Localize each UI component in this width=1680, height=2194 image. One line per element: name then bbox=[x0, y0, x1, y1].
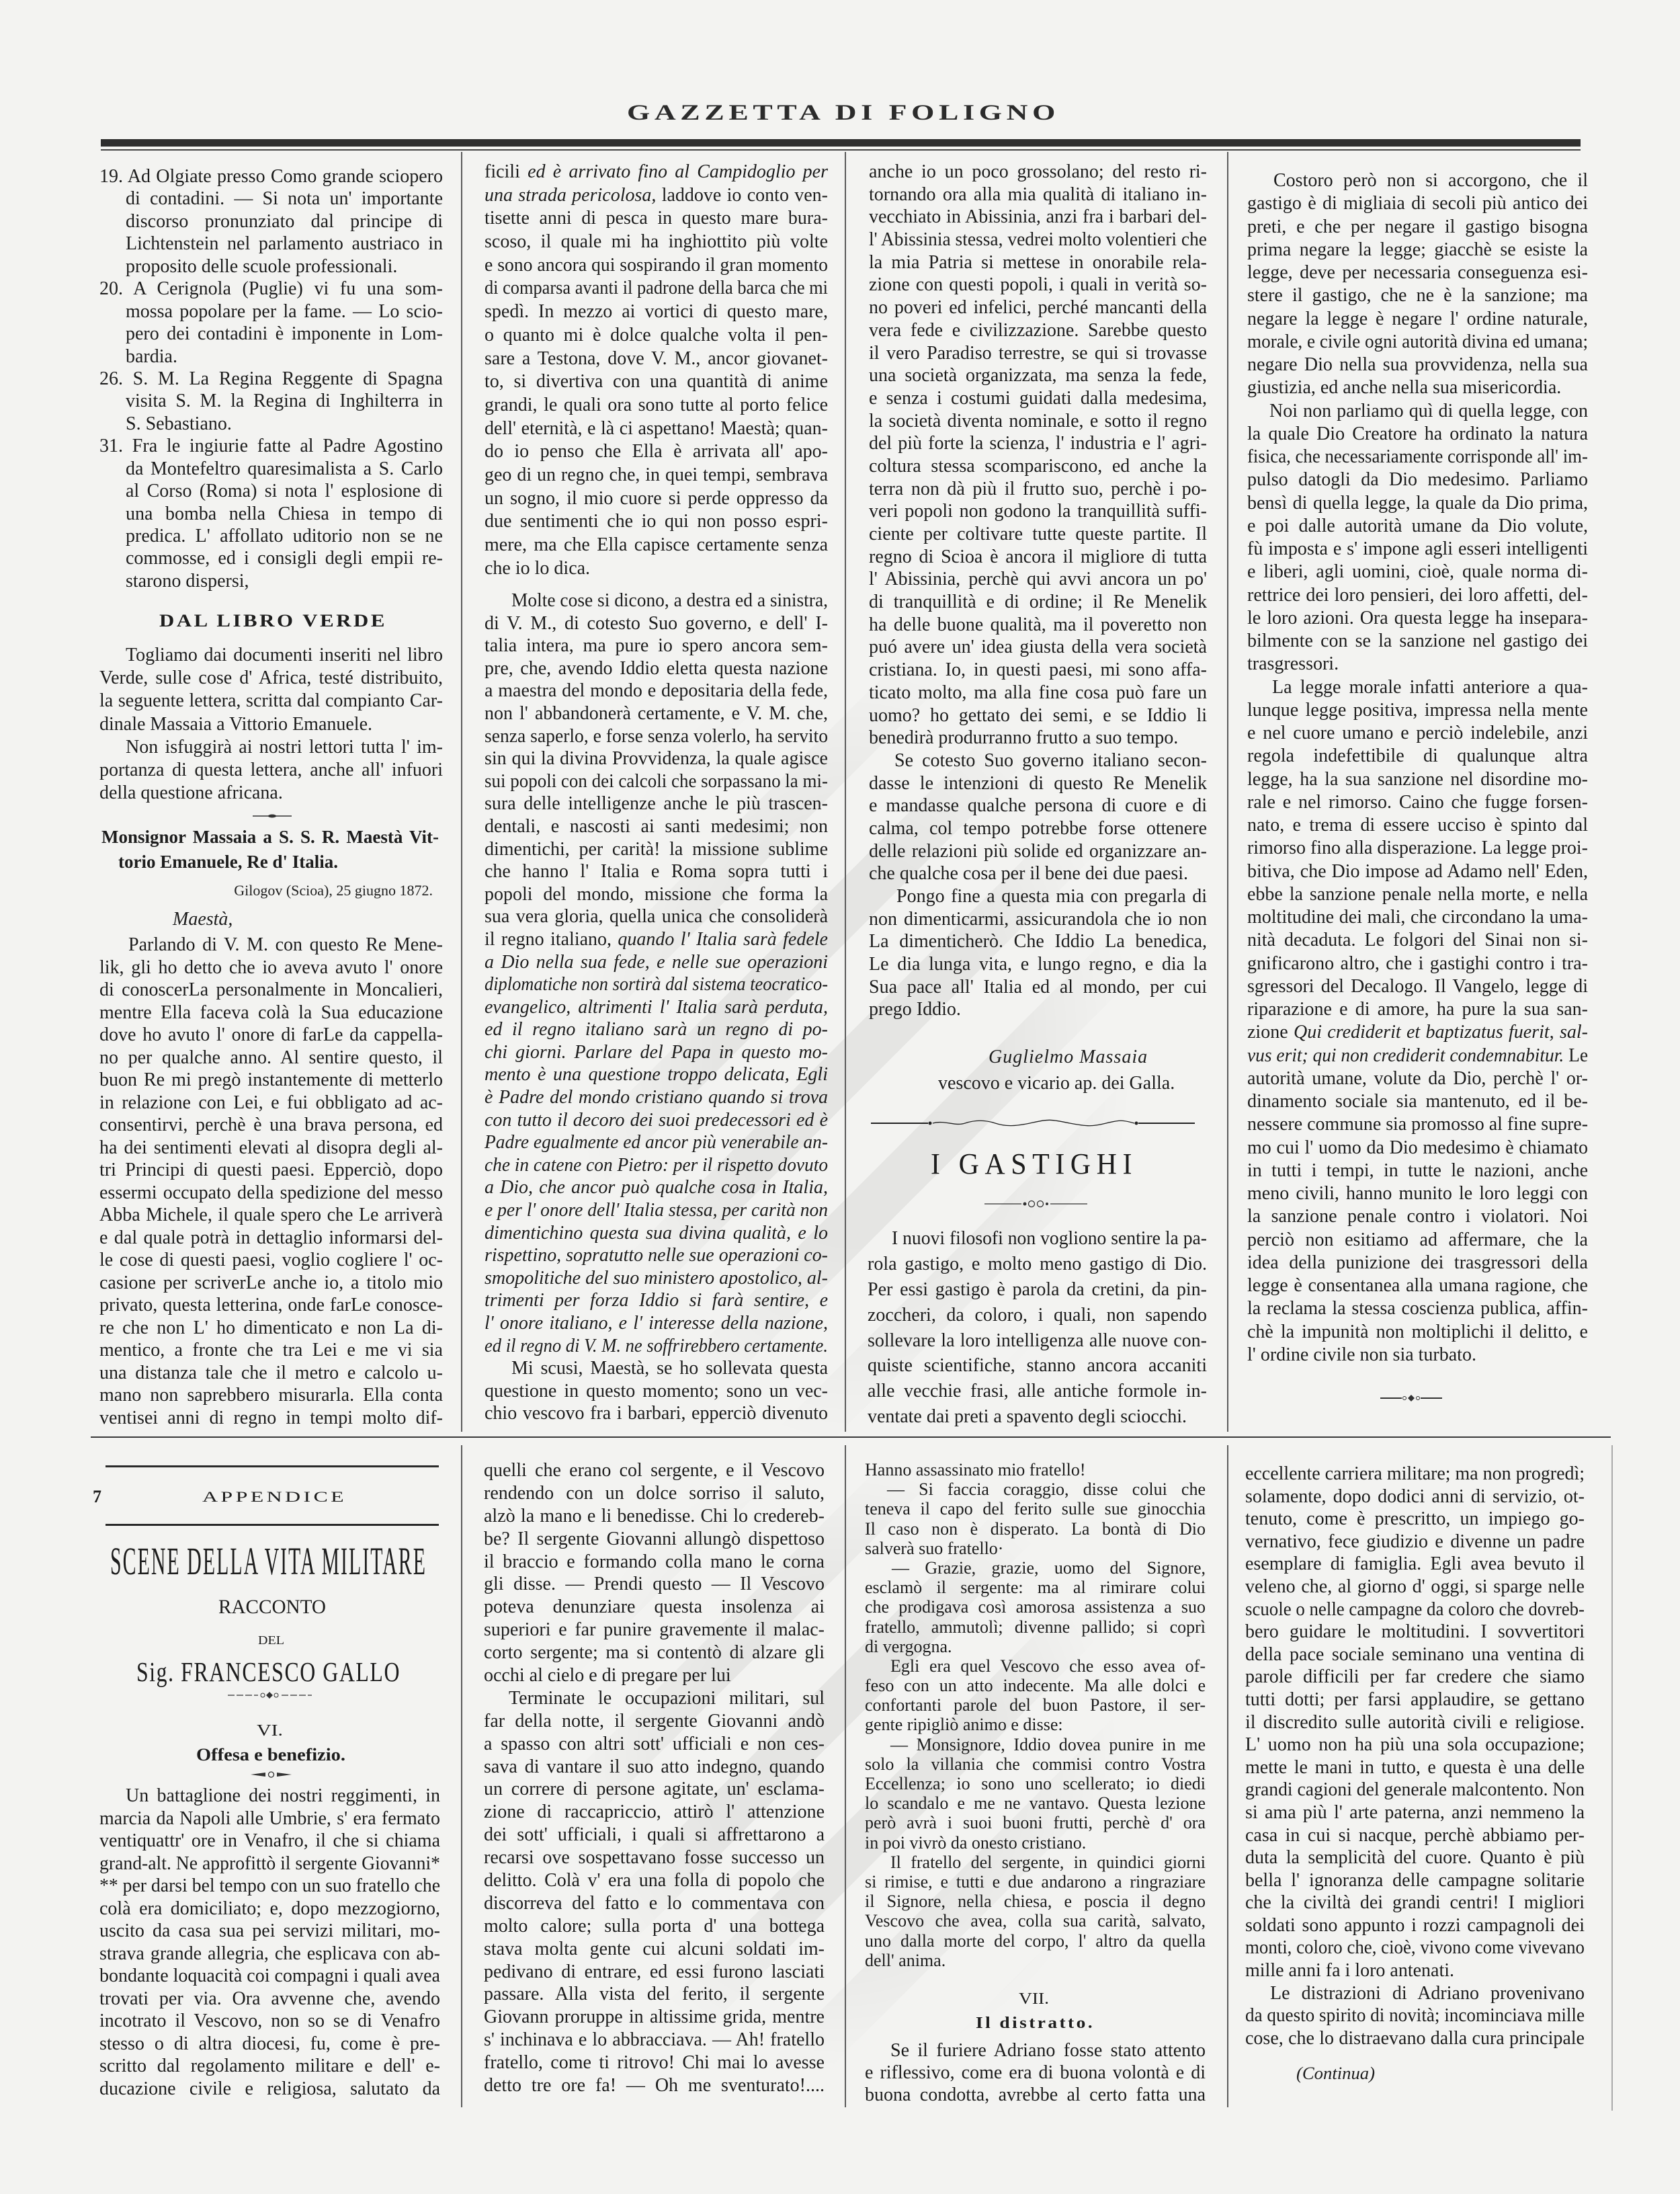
text-line: Le dia lunga vita, e lungo regno, e dia … bbox=[869, 953, 1207, 976]
text-line: nato, e trema di essere ucciso è spinto … bbox=[1247, 814, 1588, 837]
text-line: ventate dai preti a spavento degli scioc… bbox=[868, 1404, 1207, 1430]
paragraph: I nuovi filosofi non vogliono sentire la… bbox=[868, 1226, 1207, 1430]
text-line: chio vescovo fra i barbari, epperciò div… bbox=[485, 1402, 828, 1425]
text-line: Verde, sulle cose d' Africa, testé distr… bbox=[99, 667, 443, 690]
news-item: 31. Fra le ingiurie fatte al Padre Agost… bbox=[99, 435, 443, 592]
text-line: consentirvi, perchè è una brava persona,… bbox=[99, 1114, 443, 1137]
text-line: solamente, dopo dodici anni di servizio,… bbox=[1245, 1486, 1585, 1508]
letter-body-col3: anche io un poco grossolano; del resto r… bbox=[869, 161, 1207, 1021]
text-line: alzò la mano e li benedisse. Chi lo cred… bbox=[484, 1505, 825, 1528]
continua-note: (Continua) bbox=[1296, 2062, 1375, 2085]
text-line: di tranquillità e di ordine; il Re Menel… bbox=[869, 591, 1207, 614]
text-line: I nuovi filosofi non vogliono sentire la… bbox=[892, 1226, 1207, 1252]
text-line: pre, che, avendo Iddio eletta questa naz… bbox=[485, 657, 828, 680]
text-line: del più forte la scienza, l' industria e… bbox=[869, 432, 1207, 455]
text-line: giustizia, ed anche nella sua misericord… bbox=[1247, 376, 1588, 399]
text-line: ficili ed è arrivato fino al Campidoglio… bbox=[485, 161, 828, 184]
text-line: della pace sociale seminano una ventina … bbox=[1245, 1643, 1585, 1666]
text-line: grandi cagioni del generale malcontento.… bbox=[1245, 1779, 1585, 1801]
serial-body-col3: Hanno assassinato mio fratello! — Si fac… bbox=[865, 1460, 1206, 1970]
text-line: fù imposta e s' impone agli esseri intel… bbox=[1247, 538, 1588, 561]
text-line: mentre Ella faceva colà la Sua educazion… bbox=[99, 1002, 443, 1024]
text-line: sava di vantare il suo atto indegno, qua… bbox=[484, 1756, 825, 1779]
chapter-title-text: Offesa e benefizio. bbox=[196, 1744, 345, 1766]
text-line: mette le mani in tutto, e questa è una d… bbox=[1245, 1756, 1585, 1779]
text-line: calma, col tempo potrebbe forse ottenere bbox=[869, 817, 1207, 840]
text-line: un correre di persone agitate, un' escla… bbox=[484, 1778, 825, 1801]
text-line: e poi dalle autorità umane da Dio volute… bbox=[1247, 515, 1588, 538]
text-line: che hanno l' Italia e Roma sopra tutti i bbox=[485, 860, 828, 883]
section-title-dal-libro-verde: DAL LIBRO VERDE bbox=[159, 610, 387, 633]
text-line: dasse le intenzioni di questo Re Menelik bbox=[869, 772, 1207, 795]
paragraph: Mi scusi, Maestà, se ho sollevata questa… bbox=[485, 1357, 828, 1425]
text-line: ventisei anni di regno in tempi molto di… bbox=[99, 1407, 443, 1430]
text-line: confortanti parole del buon Pastore, il … bbox=[865, 1695, 1206, 1715]
text-line: non dimenticarmi, assicurandola che io n… bbox=[869, 908, 1207, 931]
text-line: Abba Michele, il quale spero che Le arri… bbox=[99, 1204, 443, 1227]
dash-ornament-icon bbox=[228, 1692, 312, 1699]
text-line: ed il regno di V. M. ne soffrirebbero ce… bbox=[485, 1335, 828, 1358]
text-line: sgressori del Decalogo. Il Vangelo, legg… bbox=[1247, 975, 1588, 998]
text-line: 26. S. M. La Regina Reggente di Spagna bbox=[99, 368, 443, 390]
text-line: bensì di quella legge, la quale da Dio p… bbox=[1247, 492, 1588, 515]
text-line: regola indefettibile di qualunque altra bbox=[1247, 745, 1588, 768]
text-line: quelli che erano col sergente, e il Vesc… bbox=[484, 1459, 825, 1482]
text-line: teneva il capo del ferito sulle sue gino… bbox=[865, 1499, 1206, 1518]
paragraph: Molte cose si dicono, a destra ed a sini… bbox=[485, 590, 828, 1357]
text-line: La legge morale infatti anteriore a qua- bbox=[1272, 676, 1588, 699]
text-line: uomo? ho gettato dei semi, e se Iddio li bbox=[869, 704, 1207, 727]
text-line: l' onore italiano, e l' interesse della … bbox=[485, 1312, 828, 1335]
paragraph: eccellente carriera militare; ma non pro… bbox=[1245, 1463, 1585, 1982]
text-line: due sentimenti che io qui non posso espr… bbox=[485, 510, 828, 534]
text-line: la seguente lettera, scritta dal compian… bbox=[99, 690, 443, 713]
text-line: grandi, le quali ora sono tutte al porto… bbox=[485, 394, 828, 417]
end-ornament-icon bbox=[1380, 1394, 1442, 1402]
text-line: ha dei sentimenti elevati al disopra deg… bbox=[99, 1137, 443, 1160]
text-line: no poveri ed infelici, perché mancanti d… bbox=[869, 296, 1207, 319]
text-line: salverà suo fratello· bbox=[865, 1539, 1206, 1558]
text-line: a maestra del mondo e depositaria della … bbox=[485, 680, 828, 702]
text-line: esemplare di famiglia. Egli avea bevuto … bbox=[1245, 1553, 1585, 1576]
text-line: to, si divertiva con una quantità di ani… bbox=[485, 370, 828, 394]
news-chronicle-list: 19. Ad Olgiate presso Como grande sciope… bbox=[99, 165, 443, 592]
text-line: dimentichi, per carità! la missione subl… bbox=[485, 838, 828, 861]
text-line: e dal quale potrà in dettaglio informars… bbox=[99, 1227, 443, 1250]
text-line: una società organizzata, ma senza la fed… bbox=[869, 364, 1207, 387]
text-line: Padre egualmente ed ancor più venerabile… bbox=[485, 1131, 828, 1154]
text-line: Vescovo che avea, colla sua carità, salv… bbox=[865, 1911, 1206, 1931]
text-line: a spasso con altri sott' ufficiali e non… bbox=[484, 1733, 825, 1756]
column-divider bbox=[845, 1445, 846, 2107]
text-line: Sua pace all' Italia ed al mondo, per cu… bbox=[869, 976, 1207, 999]
paragraph: — Monsignore, Iddio dovea punire in meso… bbox=[865, 1735, 1206, 1853]
text-line: che io lo dica. bbox=[485, 557, 828, 581]
text-line: s' inchinava e lo abbracciava. — Ah! fra… bbox=[484, 2029, 825, 2051]
chapter-numeral: VII. bbox=[1019, 1989, 1049, 2009]
text-line: le cose di questi paesi, voglio cogliere… bbox=[99, 1249, 443, 1272]
text-line: 31. Fra le ingiurie fatte al Padre Agost… bbox=[99, 435, 443, 457]
text-line: il Signore, nella chiesa, e poscia il de… bbox=[865, 1892, 1206, 1911]
text-line: vernativo, fece giudizio e divenne un pa… bbox=[1245, 1531, 1585, 1553]
text-line: bella l' ignoranza delle campagne solita… bbox=[1245, 1869, 1585, 1892]
text-line: strava grande allegria, che esplicava co… bbox=[99, 1943, 440, 1965]
text-line: sin qui la divina Provvidenza, la quale … bbox=[485, 747, 828, 770]
news-item: 20. A Cerignola (Puglie) vi fu una som-m… bbox=[99, 278, 443, 368]
serial-body-col2: quelli che erano col sergente, e il Vesc… bbox=[484, 1459, 825, 2097]
text-line: dell' anima. bbox=[865, 1951, 1206, 1970]
text-line: e per l' onore dell' Italia stessa, per … bbox=[485, 1199, 828, 1222]
text-line: benedirà produrranno frutto a suo tempo. bbox=[869, 727, 1207, 749]
text-line: monti, coloro che, cioè, vivono come viv… bbox=[1245, 1937, 1585, 1959]
text-line: diplomatiche non sortirà dal sistema teo… bbox=[485, 973, 828, 996]
text-line: dei sott' ufficiali, i quali si affretta… bbox=[484, 1824, 825, 1846]
text-line: bitiva, che Dio impose ad Adamo nell' Ed… bbox=[1247, 860, 1588, 883]
text-line: la sanzione penale contro i violatori. N… bbox=[1247, 1205, 1588, 1228]
text-line: dell' eternità, e là ci aspettano! Maest… bbox=[485, 417, 828, 441]
text-line: moltitudine dei mali, che circondano la … bbox=[1247, 906, 1588, 929]
serial-body-col1: Un battaglione dei nostri reggimenti, in… bbox=[99, 1785, 440, 2100]
text-line: vera fede e civilizzazione. Sarebbe ques… bbox=[869, 319, 1207, 342]
text-line: e liberi, agli uomini, cioè, quale norma… bbox=[1247, 561, 1588, 583]
chapter-numeral: VI. bbox=[257, 1721, 283, 1741]
text-line: prima negare la legge; giacchè se esiste… bbox=[1247, 239, 1588, 261]
letter-salutation: Maestà, bbox=[173, 908, 233, 931]
text-line: dinale Massaia a Vittorio Emanuele. bbox=[99, 713, 443, 736]
paragraph: — Grazie, grazie, uomo del Signore,escla… bbox=[865, 1558, 1206, 1656]
text-line: S. Sebastiano. bbox=[126, 413, 443, 435]
text-line: Lichtenstein nel parlamento austriaco in bbox=[126, 233, 443, 255]
paragraph: Noi non parliamo quì di quella legge, co… bbox=[1247, 400, 1588, 676]
text-line: 19. Ad Olgiate presso Como grande sciope… bbox=[99, 165, 443, 188]
paragraph: — Si faccia coraggio, disse colui cheten… bbox=[865, 1479, 1206, 1558]
text-line: è Padre del mondo cristiano quando si tr… bbox=[485, 1086, 828, 1109]
text-line: bardia. bbox=[126, 346, 443, 368]
text-line: da Montefeltro quaresimalista a S. Carlo bbox=[126, 458, 443, 480]
continua-text: (Continua) bbox=[1296, 2062, 1375, 2085]
text-line: Un battaglione dei nostri reggimenti, in bbox=[126, 1785, 440, 1807]
text-line: mentico, a fronte che tra Lei e me vi si… bbox=[99, 1339, 443, 1362]
chapter-title-text: Il distratto. bbox=[976, 2013, 1095, 2033]
appendice-top-rule bbox=[106, 1465, 439, 1467]
text-line: tutti dotti; per farsi applaudire, se ge… bbox=[1245, 1689, 1585, 1711]
text-line: in poi vivrò da onesto cristiano. bbox=[865, 1833, 1206, 1853]
text-line: la quale Dio Creatore ha ordinato la nat… bbox=[1247, 423, 1588, 446]
text-line: rispettino, sopratutto nelle sue operazi… bbox=[485, 1244, 828, 1267]
text-line: geo di un regno che, in quei tempi, semb… bbox=[485, 464, 828, 487]
text-line: Eccellenza; io sono uno scellerato; io d… bbox=[865, 1774, 1206, 1793]
text-line: occhi al cielo e di pregare per lui bbox=[484, 1664, 825, 1687]
text-line: quiste scientifiche, stanno ancora accan… bbox=[868, 1353, 1207, 1379]
signature-title: vescovo e vicario ap. dei Galla. bbox=[938, 1072, 1175, 1095]
text-line: pero dei contadini è imponente in Lom- bbox=[126, 323, 443, 345]
text-line: il discredito sulle autorità civili e re… bbox=[1245, 1711, 1585, 1734]
text-line: gli disse. — Prendi questo — Il Vescovo bbox=[484, 1573, 825, 1596]
text-line: idea della punizione dei trasgressori de… bbox=[1247, 1252, 1588, 1274]
news-item: 26. S. M. La Regina Reggente di Spagnavi… bbox=[99, 368, 443, 435]
text-line: be? Il sergente Giovanni allungò dispett… bbox=[484, 1528, 825, 1551]
paragraph: Hanno assassinato mio fratello! bbox=[865, 1460, 1206, 1479]
text-line: tornando ora alla mia qualità di italian… bbox=[869, 184, 1207, 206]
text-line: starono dispersi, bbox=[126, 570, 443, 592]
text-line: do io penso che Ella è arrivata all' apo… bbox=[485, 440, 828, 464]
text-line: lik, gli ho detto che io aveva avuto l' … bbox=[99, 957, 443, 979]
text-line: meno civili, hanno munito le loro leggi … bbox=[1247, 1182, 1588, 1205]
text-line: Monsignor Massaia a S. S. R. Maestà Vit- bbox=[101, 825, 439, 850]
text-line: un sogno, il mio cuore si perde oppresso… bbox=[485, 487, 828, 511]
text-line: vus erit; qui non crediderit condemnabit… bbox=[1247, 1045, 1588, 1067]
text-line: di conoscerLa personalmente in Moncalier… bbox=[99, 979, 443, 1002]
text-line: fratello, come ti ritrovo! Chi mai lo av… bbox=[484, 2051, 825, 2074]
section-title-i-gastighi: I GASTIGHI bbox=[931, 1147, 1138, 1181]
text-line: ** per darsi bel tempo con un suo fratel… bbox=[99, 1875, 440, 1898]
text-line: in tutti i tempi, in tutte le nazioni, a… bbox=[1247, 1160, 1588, 1182]
text-line: veleno che, al giorno d' oggi, si sparge… bbox=[1245, 1576, 1585, 1598]
text-line: poteva denunziare questa insolenza ai bbox=[484, 1596, 825, 1619]
paragraph: ficili ed è arrivato fino al Campidoglio… bbox=[485, 161, 828, 580]
column-divider bbox=[1227, 152, 1228, 1432]
serial-by-text: DEL bbox=[258, 1633, 284, 1648]
text-line: recarsi ove sospettavano fosse successo … bbox=[484, 1846, 825, 1869]
flourish-rule-icon bbox=[871, 1119, 1195, 1128]
text-line: ciente per coltivare tutte queste partit… bbox=[869, 523, 1207, 546]
text-line: Giovann proruppe in altissime grida, men… bbox=[484, 2006, 825, 2029]
text-line: negare la legge è negare l' ordine natur… bbox=[1247, 308, 1588, 331]
text-line: tenuto, come è prescritto, un impiego go… bbox=[1245, 1508, 1585, 1531]
paragraph: Il fratello del sergente, in quindici gi… bbox=[865, 1853, 1206, 1970]
text-line: esclamò il sergente: ma al rimirare colu… bbox=[865, 1578, 1206, 1597]
text-line: casione per scriverLe anche io, a titolo… bbox=[99, 1272, 443, 1295]
text-line: Egli era quel Vescovo che esso avea of- bbox=[890, 1656, 1206, 1676]
text-line: il regno italiano, quando l' Italia sarà… bbox=[485, 928, 828, 951]
section-title-text: I GASTIGHI bbox=[931, 1147, 1138, 1181]
text-line: zoccheri, da coloro, i quali, non sapend… bbox=[868, 1303, 1207, 1328]
text-line: incotrato il Vescovo, non so se di Venaf… bbox=[99, 2010, 440, 2033]
text-line: cristiana. Io, in questi paesi, mi sono … bbox=[869, 659, 1207, 682]
text-line: sui popoli con dei calcoli che sorpassan… bbox=[485, 770, 828, 793]
text-line: legge, ha la sua sanzione nel disordine … bbox=[1247, 768, 1588, 791]
text-line: che qualche cosa per il bene dei due pae… bbox=[869, 862, 1207, 885]
text-line: Le distrazioni di Adriano provenivano bbox=[1270, 1982, 1585, 2005]
text-line: bilmente con se la sanzione nel gastigo … bbox=[1247, 630, 1588, 653]
text-line: però avrà i suoi buoni frutti, perchè d'… bbox=[865, 1813, 1206, 1832]
text-line: legge è consentanea alla umana ragione, … bbox=[1247, 1274, 1588, 1297]
serial-by: DEL bbox=[258, 1633, 284, 1648]
text-line: l' ordine civile non sia turbato. bbox=[1247, 1344, 1588, 1367]
text-line: rale e nel rimorso. Caino che fugge fors… bbox=[1247, 791, 1588, 814]
text-line: non l' abbandonerà certamente, e V. M. c… bbox=[485, 702, 828, 725]
text-line: a Dio, che ancor può qualche cosa in Ita… bbox=[485, 1176, 828, 1199]
text-line: mento è una questione troppo delicata, E… bbox=[485, 1063, 828, 1086]
text-line: delle relazioni più solide ed organizzar… bbox=[869, 840, 1207, 863]
text-line: duta la semplicità del cuore. Quanto è p… bbox=[1245, 1846, 1585, 1869]
text-line: grand-alt. Ne approfittò il sergente Gio… bbox=[99, 1853, 440, 1875]
text-line: uno dalla morte del corpo, l' altro da q… bbox=[865, 1931, 1206, 1951]
text-line: colà era domiciliato; e, dopo mezzogiorn… bbox=[99, 1898, 440, 1920]
text-line: superiori e far punire gravemente il mal… bbox=[484, 1619, 825, 1641]
text-line: negare Dio nella sua provvidenza, nella … bbox=[1247, 354, 1588, 376]
text-line: talia intera, ma pure io spero ancora se… bbox=[485, 635, 828, 657]
text-line: a Dio nella sua fede, e nelle sue operaz… bbox=[485, 951, 828, 974]
paragraph: Terminate le occupazioni militari, sulfa… bbox=[484, 1687, 825, 2097]
text-line: stesso o di altra diocesi, fu, come è pr… bbox=[99, 2033, 440, 2056]
text-line: eccellente carriera militare; ma non pro… bbox=[1245, 1463, 1585, 1486]
text-line: le loro azioni. Ora questa legge ha inse… bbox=[1247, 607, 1588, 630]
text-line: Molte cose si dicono, a destra ed a sini… bbox=[511, 590, 828, 612]
chapter-numeral-text: VII. bbox=[1019, 1989, 1049, 2009]
text-line: predica. L' affollato uditorio non se ne bbox=[126, 525, 443, 547]
text-line: commosse, ed i consigli degli empii re- bbox=[126, 547, 443, 569]
paragraph: Le distrazioni di Adriano provenivanoda … bbox=[1245, 1982, 1585, 2050]
signature-name: Guglielmo Massaia bbox=[989, 1046, 1148, 1069]
paragraph: Parlando di V. M. con questo Re Mene-lik… bbox=[99, 934, 443, 1429]
text-line: Se il furiere Adriano fosse stato attent… bbox=[890, 2039, 1206, 2062]
text-line: far della notte, il sergente Giovanni an… bbox=[484, 1710, 825, 1733]
paragraph: quelli che erano col sergente, e il Vesc… bbox=[484, 1459, 825, 1687]
chapter-numeral-text: VI. bbox=[257, 1721, 283, 1741]
section-separator-rule bbox=[91, 1436, 1611, 1438]
text-line: vecchiato in Abissinia, anzi fra i barba… bbox=[869, 206, 1207, 229]
text-line: popoli del mondo, missione che forma la bbox=[485, 883, 828, 906]
text-line: di contadini. — Si nota un' importante bbox=[126, 188, 443, 210]
column-divider bbox=[461, 1445, 462, 2107]
paragraph: Se cotesto Suo governo italiano secon-da… bbox=[869, 749, 1207, 885]
text-line: ha delle buone qualità, ma il poveretto … bbox=[869, 614, 1207, 637]
text-line: anche io un poco grossolano; del resto r… bbox=[869, 161, 1207, 184]
text-line: la reclama la stessa coscienza publica, … bbox=[1247, 1297, 1588, 1320]
appendice-label-text: APPENDICE bbox=[202, 1488, 347, 1506]
text-line: l' Abissinia stessa, vedrei molto volent… bbox=[869, 229, 1207, 251]
text-line: si rimise, e tutti e due andarono a ring… bbox=[865, 1872, 1206, 1892]
letter-body-col2-a: ficili ed è arrivato fino al Campidoglio… bbox=[485, 161, 828, 580]
text-line: Il caso non è disperato. La bontà di Dio bbox=[865, 1519, 1206, 1539]
text-line: di V. M., di cotesto Suo governo, e dell… bbox=[485, 612, 828, 635]
text-line: mo cui l' uomo da Dio medesimo è chiamat… bbox=[1247, 1137, 1588, 1160]
news-item: 19. Ad Olgiate presso Como grande sciope… bbox=[99, 165, 443, 278]
paragraph: Un battaglione dei nostri reggimenti, in… bbox=[99, 1785, 440, 2100]
i-gastighi-body-col4: Costoro però non si accorgono, che ilgas… bbox=[1247, 169, 1588, 1367]
text-line: ducazione civile e religiosa, salutato d… bbox=[99, 2078, 440, 2101]
text-line: discorso pronunziato dal principe di bbox=[126, 210, 443, 233]
text-line: preti, e che per negare il gastigo bisog… bbox=[1247, 216, 1588, 239]
text-line: dinamento sociale sia mantenuto, ed il b… bbox=[1247, 1090, 1588, 1113]
text-line: Se cotesto Suo governo italiano secon- bbox=[894, 749, 1207, 772]
text-line: mano non saprebbero misurarla. Ella cont… bbox=[99, 1384, 443, 1407]
text-line: una bomba nella Chiesa in tempo di bbox=[126, 503, 443, 525]
text-line: Non isfuggirà ai nostri lettori tutta l'… bbox=[126, 736, 443, 759]
text-line: trasgressori. bbox=[1247, 653, 1588, 676]
text-line: perciò non esitiamo ad affermare, che la bbox=[1247, 1229, 1588, 1252]
text-line: no per qualche anno. Al sentire questo, … bbox=[99, 1047, 443, 1069]
text-line: Mi scusi, Maestà, se ho sollevata questa bbox=[511, 1357, 828, 1380]
text-line: riparazione e di amore, ha pure la sua s… bbox=[1247, 998, 1588, 1021]
text-line: prego Iddio. bbox=[869, 998, 1207, 1021]
text-line: sollevare la loro intelligenza alle nuov… bbox=[868, 1328, 1207, 1354]
text-line: gastigo è di migliaia di secoli più anti… bbox=[1247, 192, 1588, 215]
text-line: sura delle intelligenze anche le più tra… bbox=[485, 793, 828, 815]
text-line: si ama più l' arte paterna, anzi nemmeno… bbox=[1245, 1801, 1585, 1824]
text-line: 20. A Cerignola (Puglie) vi fu una som- bbox=[99, 278, 443, 300]
text-line: la mia Patria si mettese in onorabile re… bbox=[869, 251, 1207, 274]
text-line: soldati sono appunto i rozzi campagnoli … bbox=[1245, 1914, 1585, 1937]
text-line: scoso, il quale mi ha inghiottito più vo… bbox=[485, 231, 828, 254]
text-line: trimenti per forza Iddio si farà sentire… bbox=[485, 1289, 828, 1312]
masthead-thin-rule bbox=[101, 149, 1581, 151]
text-line: mossa popolare per la fame. — Lo scio- bbox=[126, 300, 443, 323]
text-line: — Grazie, grazie, uomo del Signore, bbox=[892, 1558, 1206, 1578]
column-divider bbox=[1227, 1445, 1228, 2107]
text-line: rettrice dei loro pensieri, dei loro aff… bbox=[1247, 584, 1588, 607]
text-line: il vero Paradiso terrestre, se qui si tr… bbox=[869, 342, 1207, 365]
text-line: alle vecchie frasi, alle antiche formole… bbox=[868, 1379, 1207, 1404]
text-line: scuole o nelle campagne da coloro che do… bbox=[1245, 1598, 1585, 1621]
text-line: Togliamo dai documenti inseriti nel libr… bbox=[126, 644, 443, 667]
text-line: una strada pericolosa, laddove io conto … bbox=[485, 184, 828, 208]
text-line: privato, questa letterina, onde farLe co… bbox=[99, 1294, 443, 1317]
text-line: Il fratello del sergente, in quindici gi… bbox=[890, 1853, 1206, 1872]
text-line: pulso datogli da Dio medesimo. Parliamo bbox=[1247, 469, 1588, 491]
paragraph: Togliamo dai documenti inseriti nel libr… bbox=[99, 644, 443, 736]
serial-genre-text: RACCONTO bbox=[218, 1596, 326, 1619]
text-line: stere il gastigo, che ne è la sanzione; … bbox=[1247, 284, 1588, 307]
letter-dateline: Gilogov (Scioa), 25 giugno 1872. bbox=[99, 881, 433, 901]
serial-title: SCENE DELLA VITA MILITARE bbox=[110, 1541, 427, 1582]
serial-author-text: Sig. FRANCESCO GALLO bbox=[136, 1657, 401, 1687]
text-line: feso con un atto indecente. Ma alle dolc… bbox=[865, 1676, 1206, 1695]
text-line: lunque legge positiva, impressa nella me… bbox=[1247, 699, 1588, 722]
text-line: o quanto mi è dolce qualche volta il pen… bbox=[485, 324, 828, 348]
paragraph: Se il furiere Adriano fosse stato attent… bbox=[865, 2039, 1206, 2106]
dash-ornament-icon bbox=[253, 813, 292, 819]
text-line: di comparsa avanti il padrone della barc… bbox=[485, 277, 828, 300]
text-line: spedì. In mezzo ai vortici di questo mar… bbox=[485, 300, 828, 324]
text-line: legge, deve per necessaria conseguenza e… bbox=[1247, 261, 1588, 284]
masthead-thick-rule bbox=[101, 139, 1581, 147]
text-line: — Monsignore, Iddio dovea punire in me bbox=[890, 1735, 1206, 1754]
chapter-title: Il distratto. bbox=[976, 2013, 1095, 2033]
text-line: torio Emanuele, Re d' Italia. bbox=[118, 850, 439, 875]
text-line: cose, che lo distraevano dalla cura prin… bbox=[1245, 2027, 1585, 2050]
paragraph: Non isfuggirà ai nostri lettori tutta l'… bbox=[99, 736, 443, 805]
text-line: e sono ancora qui sospirando il gran mom… bbox=[485, 254, 828, 278]
text-line: che in catene con Pietro: per il rispett… bbox=[485, 1154, 828, 1177]
text-line: il braccio e formando colla mano le corn… bbox=[484, 1551, 825, 1574]
intro-paragraphs: Togliamo dai documenti inseriti nel libr… bbox=[99, 644, 443, 805]
text-line: zione Qui crediderit et baptizatus fueri… bbox=[1247, 1021, 1588, 1044]
chapter-title: Offesa e benefizio. bbox=[196, 1744, 345, 1766]
page-edge-line bbox=[1611, 1445, 1613, 2111]
text-line: la società diventa nominale, e sotto il … bbox=[869, 410, 1207, 433]
text-line: L' uomo non ha più una sola occupazione; bbox=[1245, 1734, 1585, 1756]
text-line: fisica, che necessariamente corrisponde … bbox=[1247, 446, 1588, 469]
paragraph: La legge morale infatti anteriore a qua-… bbox=[1247, 676, 1588, 1367]
letter-heading: Monsignor Massaia a S. S. R. Maestà Vit-… bbox=[101, 825, 439, 875]
text-line: che prodigava così amorosa assistenza a … bbox=[865, 1597, 1206, 1617]
text-line: gnificarono altro, che i gastighi contro… bbox=[1247, 952, 1588, 975]
text-line: dentali, e nascosti ai santi medesimi; n… bbox=[485, 815, 828, 838]
text-line: ed il regno italiano sarà un regno di po… bbox=[485, 1018, 828, 1041]
masthead-title: GAZZETTA DI FOLIGNO bbox=[627, 101, 1060, 125]
text-line: uscito da casa sua pei servizi militari,… bbox=[99, 1920, 440, 1943]
text-line: stava molta gente cui alcuni soldati im- bbox=[484, 1938, 825, 1961]
text-line: mere, ma che Ella capisce certamente sen… bbox=[485, 534, 828, 557]
text-line: Pongo fine a questa mia con pregarla di bbox=[896, 885, 1207, 908]
text-line: ventiquattr' ore in Venafro, il che si c… bbox=[99, 1830, 440, 1853]
masthead-title-text: GAZZETTA DI FOLIGNO bbox=[627, 101, 1060, 125]
text-line: corto sergente; ma si contentò di alzare… bbox=[484, 1641, 825, 1664]
leaf-ornament-icon bbox=[251, 1771, 292, 1778]
text-line: dimentichino questa sua divina qualità, … bbox=[485, 1222, 828, 1245]
